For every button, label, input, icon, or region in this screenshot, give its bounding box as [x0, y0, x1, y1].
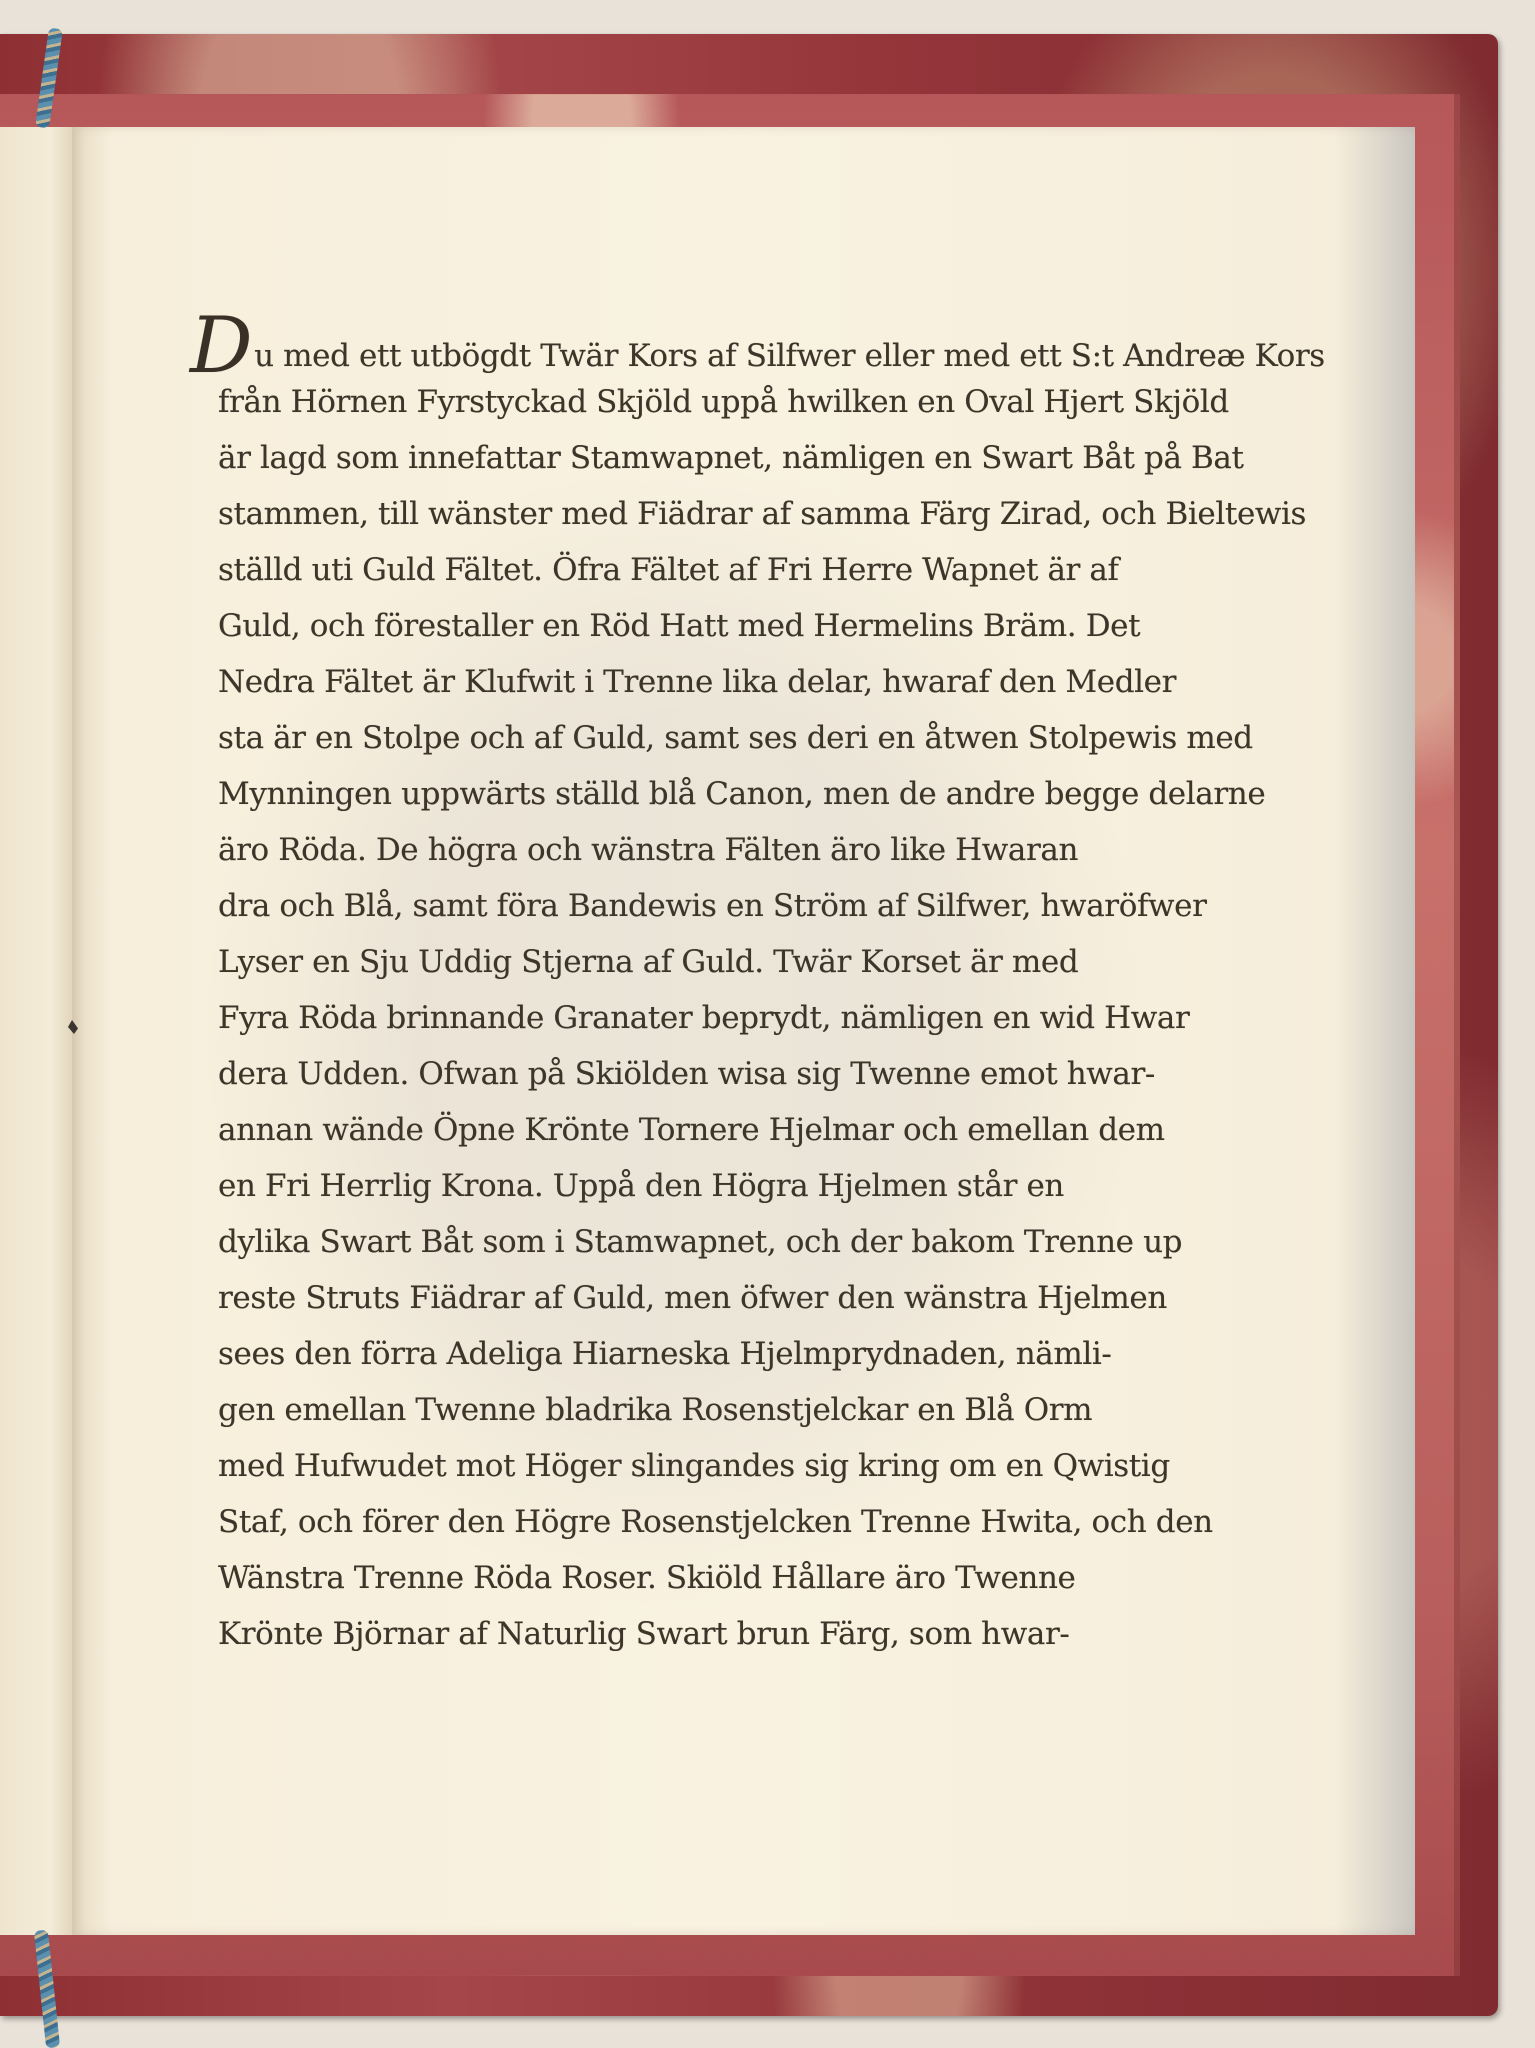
text-line-3: är lagd som innefattar Stamwapnet, nämli… — [190, 430, 1310, 486]
text-line-17: dylika Swart Båt som i Stamwapnet, och d… — [190, 1214, 1310, 1270]
text-line-7: Nedra Fältet är Klufwit i Trenne lika de… — [190, 654, 1310, 710]
text-line-1: Du med ett utbögdt Twär Kors af Silfwer … — [190, 318, 1310, 374]
text-line-18: reste Struts Fiädrar af Guld, men öfwer … — [190, 1270, 1310, 1326]
text-line-16: en Fri Herrlig Krona. Uppå den Högra Hje… — [190, 1158, 1310, 1214]
text-line-6: Guld, och förestaller en Röd Hatt med He… — [190, 598, 1310, 654]
text-line-12: Lyser en Sju Uddig Stjerna af Guld. Twär… — [190, 934, 1310, 990]
text-line-9: Mynningen uppwärts ställd blå Canon, men… — [190, 766, 1310, 822]
text-line-4: stammen, till wänster med Fiädrar af sam… — [190, 486, 1310, 542]
manuscript-text: Du med ett utbögdt Twär Kors af Silfwer … — [190, 318, 1310, 1662]
text-line-21: med Hufwudet mot Höger slingandes sig kr… — [190, 1438, 1310, 1494]
text-line-14: dera Udden. Ofwan på Skiölden wisa sig T… — [190, 1046, 1310, 1102]
text-line-20: gen emellan Twenne bladrika Rosenstjelck… — [190, 1382, 1310, 1438]
text-line-5: ställd uti Guld Fältet. Öfra Fältet af F… — [190, 542, 1310, 598]
text-line-11: dra och Blå, samt föra Bandewis en Ström… — [190, 878, 1310, 934]
text-line-19: sees den förra Adeliga Hiarneska Hjelmpr… — [190, 1326, 1310, 1382]
text-line-22: Staf, och förer den Högre Rosenstjelcken… — [190, 1494, 1310, 1550]
text-line-24: Krönte Björnar af Naturlig Swart brun Fä… — [190, 1606, 1310, 1662]
text-line-15: annan wände Öpne Krönte Tornere Hjelmar … — [190, 1102, 1310, 1158]
text-line-2: från Hörnen Fyrstyckad Skjöld uppå hwilk… — [190, 374, 1310, 430]
text-line-23: Wänstra Trenne Röda Roser. Skiöld Hållar… — [190, 1550, 1310, 1606]
text-line-1-content: u med ett utbögdt Twär Kors af Silfwer e… — [254, 338, 1325, 374]
text-line-13: Fyra Röda brinnande Granater beprydt, nä… — [190, 990, 1310, 1046]
text-line-10: äro Röda. De högra och wänstra Fälten är… — [190, 822, 1310, 878]
left-page-edge — [0, 127, 72, 1935]
text-line-8: sta är en Stolpe och af Guld, samt ses d… — [190, 710, 1310, 766]
